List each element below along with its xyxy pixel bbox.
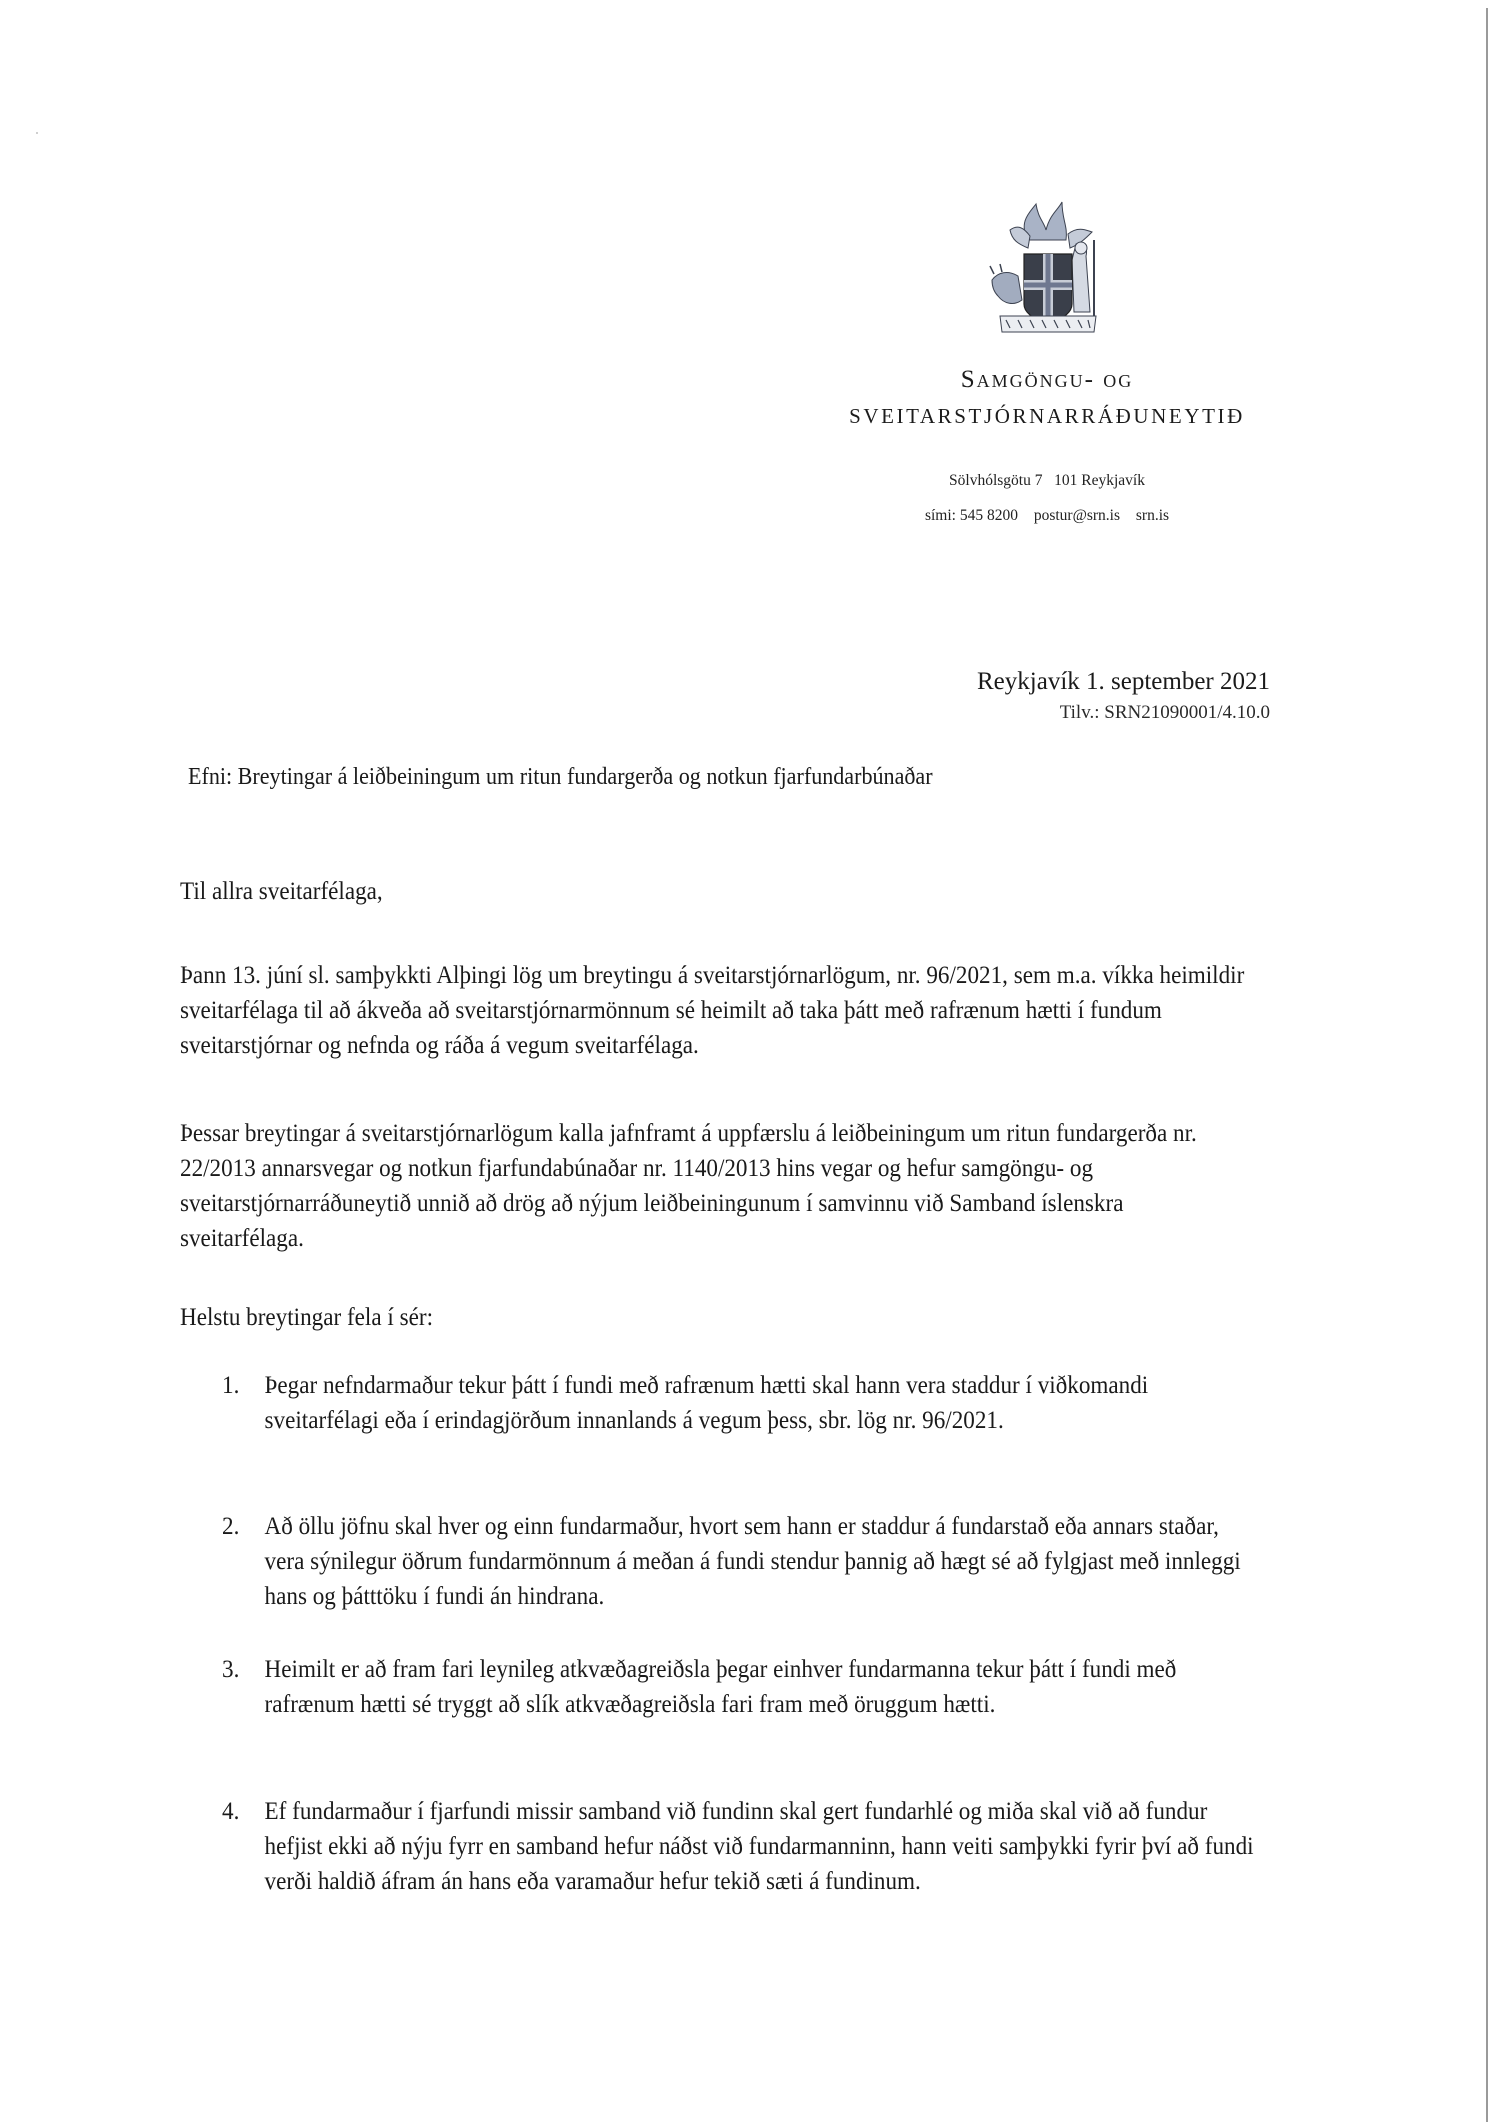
- list-intro: Helstu breytingar fela í sér:: [180, 1300, 1253, 1335]
- list-item: 2. Að öllu jöfnu skal hver og einn funda…: [222, 1509, 1258, 1614]
- list-item-number: 4.: [222, 1794, 239, 1829]
- list-item-number: 1.: [222, 1368, 239, 1403]
- list-item-text: Heimilt er að fram fari leynileg atkvæða…: [265, 1656, 1177, 1718]
- reference-number: Tilv.: SRN21090001/4.10.0: [1060, 702, 1270, 724]
- list-item-text: Ef fundarmaður í fjarfundi missir samban…: [265, 1798, 1254, 1895]
- ministry-name-line2: SVEITARSTJÓRNARRÁÐUNEYTIÐ: [760, 404, 1334, 429]
- scan-page-edge: [1486, 8, 1488, 2122]
- ministry-email[interactable]: postur@srn.is: [1034, 507, 1120, 524]
- ministry-website[interactable]: srn.is: [1136, 507, 1169, 524]
- ministry-name-line1: Samgöngu- og: [760, 366, 1334, 394]
- greeting: Til allra sveitarfélaga,: [180, 874, 1253, 909]
- list-item-number: 3.: [222, 1652, 239, 1687]
- body-paragraph: Þann 13. júní sl. samþykkti Alþingi lög …: [180, 958, 1253, 1063]
- list-item-text: Þegar nefndarmaður tekur þátt í fundi me…: [265, 1372, 1149, 1434]
- letter-date: Reykjavík 1. september 2021: [977, 668, 1270, 696]
- icelandic-coat-of-arms-icon: [988, 200, 1106, 334]
- body-paragraph: Þessar breytingar á sveitarstjórnarlögum…: [180, 1116, 1253, 1256]
- list-item-number: 2.: [222, 1509, 239, 1544]
- ministry-phone: sími: 545 8200: [925, 507, 1018, 524]
- ministry-contact: sími: 545 8200 postur@srn.is srn.is: [760, 507, 1334, 525]
- list-item: 3. Heimilt er að fram fari leynileg atkv…: [222, 1652, 1258, 1722]
- list-item: 4. Ef fundarmaður í fjarfundi missir sam…: [222, 1794, 1258, 1899]
- ministry-address: Sölvhólsgötu 7 101 Reykjavík: [760, 472, 1334, 490]
- scan-speck: [36, 132, 38, 134]
- letter-subject: Efni: Breytingar á leiðbeiningum um ritu…: [188, 764, 933, 791]
- list-item: 1. Þegar nefndarmaður tekur þátt í fundi…: [222, 1368, 1258, 1438]
- list-item-text: Að öllu jöfnu skal hver og einn fundarma…: [265, 1513, 1241, 1610]
